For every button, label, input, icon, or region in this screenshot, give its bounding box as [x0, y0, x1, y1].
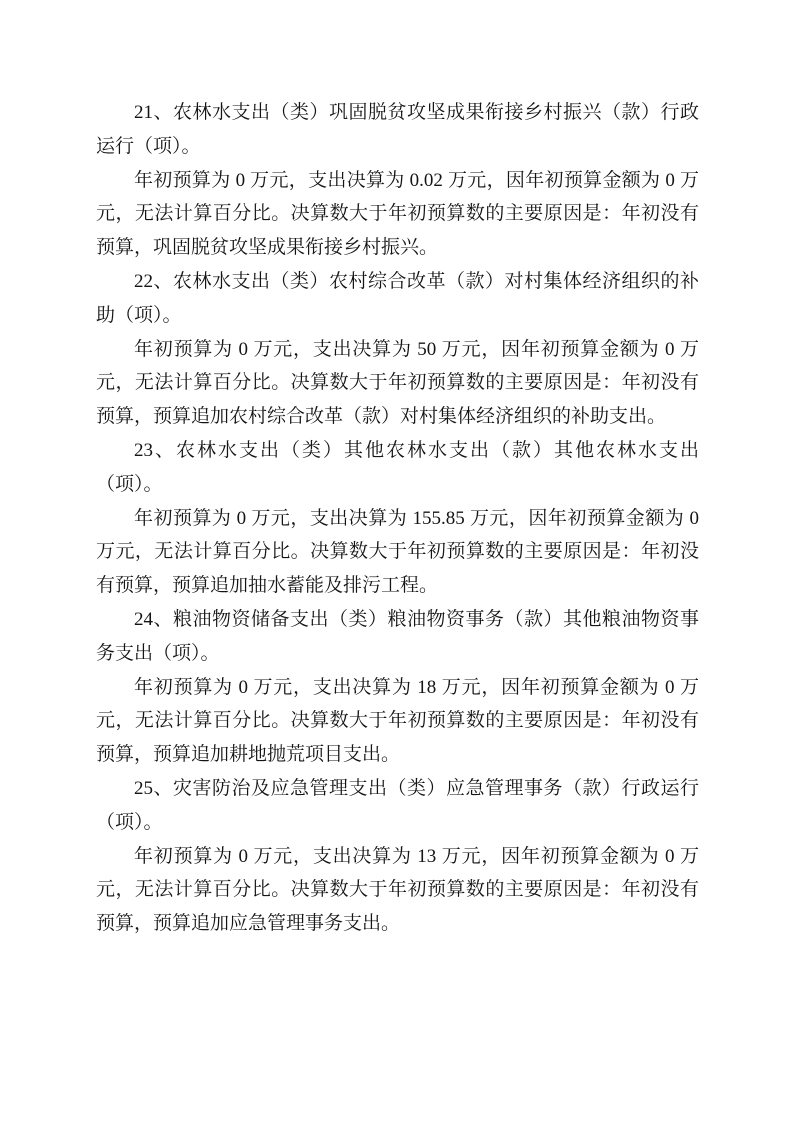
- item-24-body: 年初预算为 0 万元，支出决算为 18 万元，因年初预算金额为 0 万元，无法计…: [96, 671, 699, 772]
- item-25-body: 年初预算为 0 万元，支出决算为 13 万元，因年初预算金额为 0 万元，无法计…: [96, 840, 699, 941]
- document-page: 21、农林水支出（类）巩固脱贫攻坚成果衔接乡村振兴（款）行政运行（项）。 年初预…: [0, 0, 793, 1122]
- item-24-heading: 24、粮油物资储备支出（类）粮油物资事务（款）其他粮油物资事务支出（项）。: [96, 603, 699, 671]
- item-21-body: 年初预算为 0 万元，支出决算为 0.02 万元，因年初预算金额为 0 万元，无…: [96, 164, 699, 265]
- item-22-heading: 22、农林水支出（类）农村综合改革（款）对村集体经济组织的补助（项）。: [96, 265, 699, 333]
- document-content: 21、农林水支出（类）巩固脱贫攻坚成果衔接乡村振兴（款）行政运行（项）。 年初预…: [96, 96, 699, 941]
- item-25-heading: 25、灾害防治及应急管理支出（类）应急管理事务（款）行政运行（项）。: [96, 772, 699, 840]
- item-21-heading: 21、农林水支出（类）巩固脱贫攻坚成果衔接乡村振兴（款）行政运行（项）。: [96, 96, 699, 164]
- item-23-heading: 23、农林水支出（类）其他农林水支出（款）其他农林水支出（项）。: [96, 434, 699, 502]
- item-23-body: 年初预算为 0 万元，支出决算为 155.85 万元，因年初预算金额为 0 万元…: [96, 502, 699, 603]
- item-22-body: 年初预算为 0 万元，支出决算为 50 万元，因年初预算金额为 0 万元，无法计…: [96, 333, 699, 434]
